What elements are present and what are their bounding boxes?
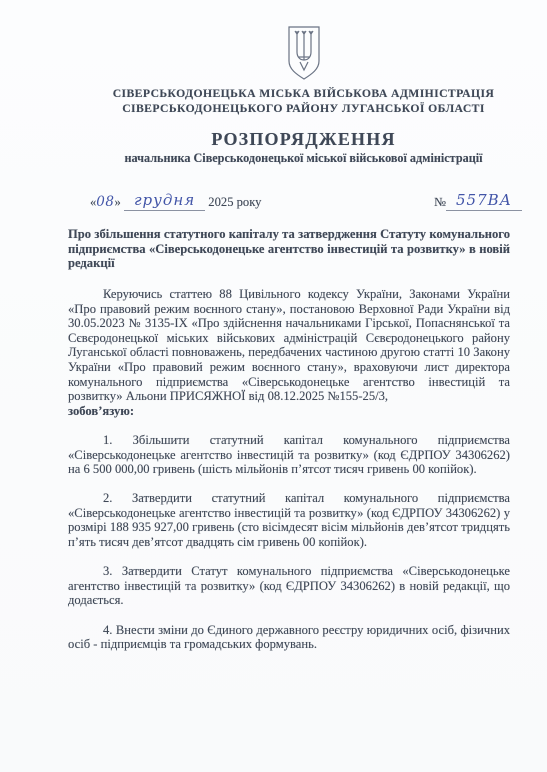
document-page: СІВЕРСЬКОДОНЕЦЬКА МІСЬКА ВІЙСЬКОВА АДМІН…	[0, 0, 547, 772]
handwritten-number: 557ВА	[456, 191, 512, 209]
org-name-line2: СІВЕРСЬКОДОНЕЦЬКОГО РАЙОНУ ЛУГАНСЬКОЇ ОБ…	[88, 102, 519, 117]
date-number-row: «08» грудня 2025 року №557ВА	[68, 192, 522, 212]
preamble-paragraph: Керуючись статтею 88 Цивільного кодексу …	[68, 287, 510, 404]
subject-paragraph: Про збільшення статутного капіталу та за…	[68, 227, 510, 271]
document-title: РОЗПОРЯДЖЕННЯ	[88, 129, 519, 149]
document-number: №557ВА	[434, 192, 522, 212]
month-blank-line: грудня	[124, 191, 205, 211]
number-blank-line: 557ВА	[446, 191, 522, 211]
org-name-line1: СІВЕРСЬКОДОНЕЦЬКА МІСЬКА ВІЙСЬКОВА АДМІН…	[88, 87, 519, 102]
order-item-1: 1. Збільшити статутний капітал комунальн…	[68, 433, 510, 477]
day-quote-close: »	[114, 195, 120, 209]
document-header: СІВЕРСЬКОДОНЕЦЬКА МІСЬКА ВІЙСЬКОВА АДМІН…	[0, 0, 547, 165]
obligate-line: зобов’язую:	[68, 404, 510, 419]
trident-icon	[285, 26, 323, 80]
handwritten-month: грудня	[134, 191, 195, 209]
order-item-3: 3. Затвердити Статут комунального підпри…	[68, 564, 510, 608]
order-item-4: 4. Внести зміни до Єдиного державного ре…	[68, 623, 510, 652]
ukraine-trident-emblem	[88, 0, 519, 80]
handwritten-day: 08	[96, 194, 114, 210]
document-body: Про збільшення статутного капіталу та за…	[68, 227, 510, 652]
document-date: «08» грудня 2025 року	[90, 192, 261, 212]
order-item-2: 2. Затвердити статутний капітал комуналь…	[68, 491, 510, 549]
number-label: №	[434, 195, 446, 209]
year-printed: 2025 року	[208, 195, 261, 209]
organization-name: СІВЕРСЬКОДОНЕЦЬКА МІСЬКА ВІЙСЬКОВА АДМІН…	[88, 87, 519, 116]
document-subtitle: начальника Сіверськодонецької міської ві…	[88, 151, 519, 165]
